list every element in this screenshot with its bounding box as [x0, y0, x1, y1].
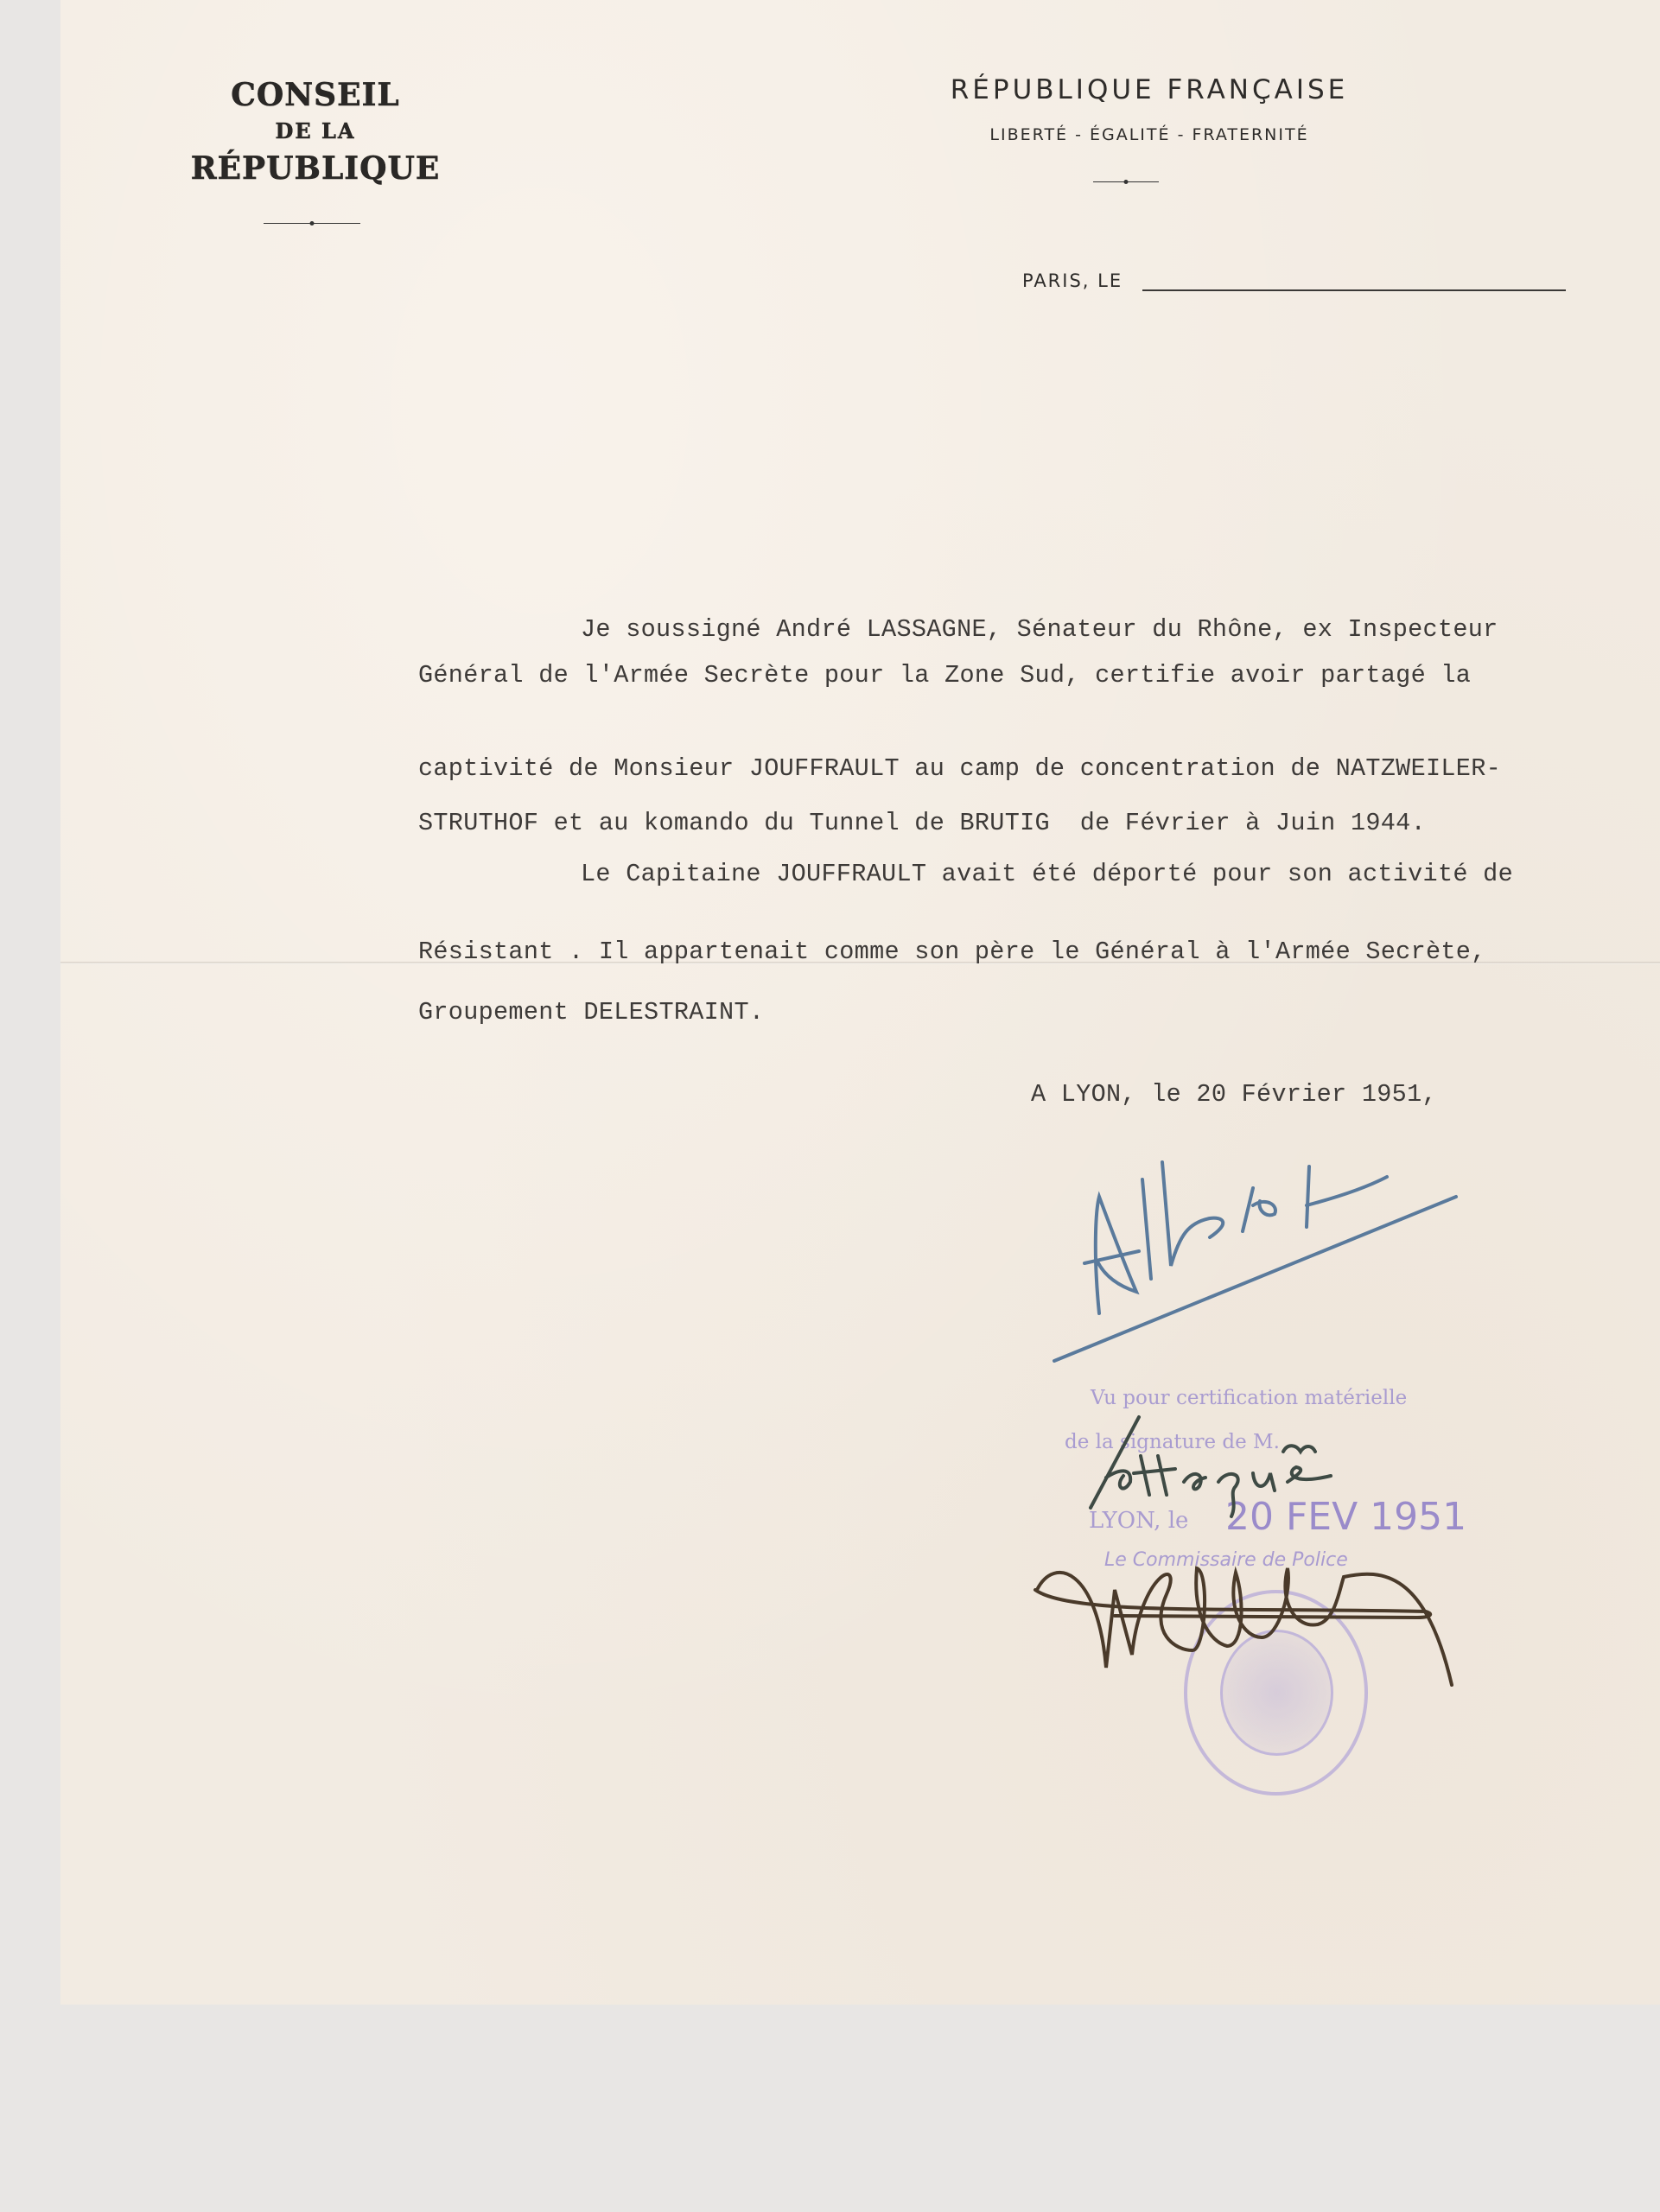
letterhead-title: RÉPUBLIQUE FRANÇAISE	[873, 69, 1426, 111]
police-signature-icon	[1020, 1538, 1590, 1797]
ornament-divider-left	[264, 223, 360, 224]
letterhead-line-republique: RÉPUBLIQUE	[130, 149, 501, 188]
body-line-2: Général de l'Armée Secrète pour la Zone …	[418, 661, 1471, 690]
date-blank-line	[1142, 289, 1566, 291]
body-line-1: Je soussigné André LASSAGNE, Sénateur du…	[581, 615, 1498, 644]
letterhead-conseil: CONSEIL DE LA RÉPUBLIQUE	[130, 76, 501, 188]
letterhead-line-conseil: CONSEIL	[130, 76, 501, 114]
body-line-5: Le Capitaine JOUFFRAULT avait été déport…	[581, 860, 1513, 888]
letterhead-republique-francaise: RÉPUBLIQUE FRANÇAISE LIBERTÉ - ÉGALITÉ -…	[873, 69, 1426, 152]
body-line-7: Groupement DELESTRAINT.	[418, 998, 764, 1027]
letterhead-motto: LIBERTÉ - ÉGALITÉ - FRATERNITÉ	[873, 118, 1426, 152]
body-line-4: STRUTHOF et au komando du Tunnel de BRUT…	[418, 809, 1426, 837]
signatory-signature-icon	[1037, 1141, 1555, 1374]
handwritten-name-icon	[1037, 1365, 1400, 1521]
ornament-divider-right	[1093, 181, 1159, 182]
letterhead-line-de-la: DE LA	[130, 114, 501, 149]
place-date-label: PARIS, LE	[1022, 270, 1123, 291]
body-line-6: Résistant . Il appartenait comme son pèr…	[418, 938, 1486, 966]
body-line-3: captivité de Monsieur JOUFFRAULT au camp…	[418, 754, 1501, 783]
closing-place-date: A LYON, le 20 Février 1951,	[1031, 1080, 1437, 1109]
